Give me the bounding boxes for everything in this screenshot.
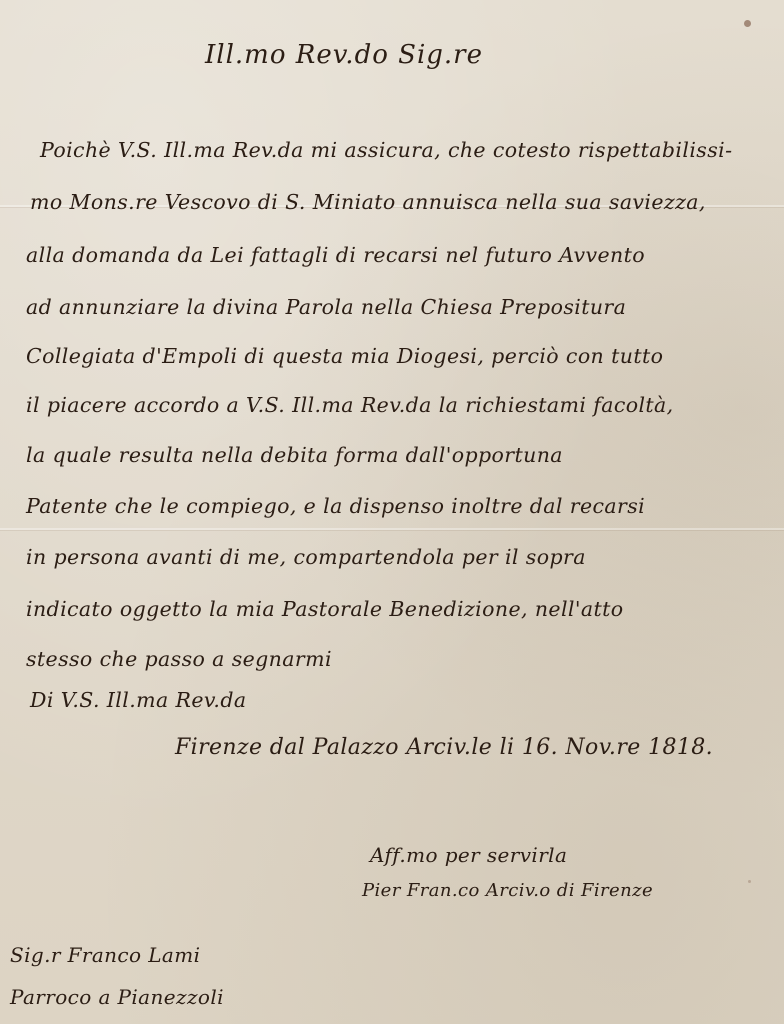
place-date: Firenze dal Palazzo Arciv.le li 16. Nov.…: [175, 735, 713, 760]
closing-address: Di V.S. Ill.ma Rev.da: [30, 688, 246, 712]
salutation: Ill.mo Rev.do Sig.re: [205, 40, 483, 70]
body-line-5: Collegiata d'Empoli di questa mia Dioges…: [26, 344, 663, 368]
body-line-8: Patente che le compiego, e la dispenso i…: [26, 494, 645, 518]
addressee-line-2: Parroco a Pianezzoli: [10, 985, 224, 1009]
body-line-7: la quale resulta nella debita forma dall…: [26, 443, 563, 467]
body-line-4: ad annunziare la divina Parola nella Chi…: [26, 295, 626, 319]
signature-line-2: Pier Fran.co Arciv.o di Firenze: [362, 880, 653, 901]
body-line-2: mo Mons.re Vescovo di S. Miniato annuisc…: [30, 190, 706, 214]
ink-spot: [744, 20, 751, 27]
signature-line-1: Aff.mo per servirla: [370, 843, 567, 867]
paper-fold: [0, 528, 784, 530]
body-line-6: il piacere accordo a V.S. Ill.ma Rev.da …: [26, 393, 674, 417]
letter-page: Ill.mo Rev.do Sig.re Poichè V.S. Ill.ma …: [0, 0, 784, 1024]
ink-spot: [748, 880, 751, 883]
addressee-line-1: Sig.r Franco Lami: [10, 943, 200, 967]
body-line-10: indicato oggetto la mia Pastorale Benedi…: [26, 597, 624, 621]
body-line-1: Poichè V.S. Ill.ma Rev.da mi assicura, c…: [40, 138, 732, 162]
body-line-11: stesso che passo a segnarmi: [26, 647, 332, 671]
body-line-3: alla domanda da Lei fattagli di recarsi …: [26, 243, 645, 267]
body-line-9: in persona avanti di me, compartendola p…: [26, 545, 586, 569]
